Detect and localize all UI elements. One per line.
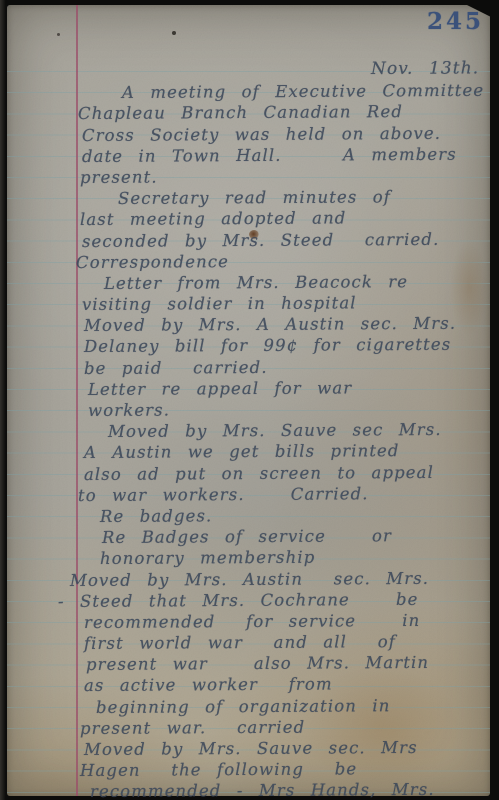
ledger-page: 245 Nov. 13th. A meeting of Executive Co… xyxy=(7,5,490,796)
speck xyxy=(172,31,176,35)
manuscript-line: - Steed that Mrs. Cochrane be xyxy=(7,587,490,608)
manuscript-line: Re badges. xyxy=(7,502,490,523)
manuscript-line: A Austin we get bills printed xyxy=(7,438,490,459)
manuscript-line: recommended for service in xyxy=(7,608,490,629)
manuscript-line-text: recommended - Mrs Hands, Mrs. xyxy=(90,780,435,800)
manuscript-line: beginning of organization in xyxy=(7,692,490,713)
date-text: Nov. 13th. xyxy=(371,59,479,80)
manuscript-line: Delaney bill for 99¢ for cigarettes xyxy=(7,332,490,353)
manuscript-line: recommended - Mrs Hands, Mrs. xyxy=(7,777,490,798)
manuscript-line: Chapleau Branch Canadian Red xyxy=(7,99,490,120)
speck xyxy=(57,33,60,36)
manuscript-line: Moved by Mrs. Sauve sec Mrs. xyxy=(7,417,490,438)
document-scan: 245 Nov. 13th. A meeting of Executive Co… xyxy=(0,0,499,800)
date-line: Nov. 13th. xyxy=(0,55,479,76)
manuscript-line: Cross Society was held on above. xyxy=(7,120,490,141)
manuscript-line: present war also Mrs. Martin xyxy=(7,650,490,671)
manuscript-line: Letter from Mrs. Beacock re xyxy=(7,269,490,290)
manuscript-line: be paid carried. xyxy=(7,353,490,374)
manuscript-lines: A meeting of Executive CommitteeChapleau… xyxy=(7,78,490,798)
manuscript-line: last meeting adopted and xyxy=(7,205,490,226)
manuscript-line: seconded by Mrs. Steed carried. xyxy=(7,226,490,247)
manuscript-line: to war workers. Carried. xyxy=(7,481,490,502)
manuscript-line: Hagen the following be xyxy=(7,756,490,777)
manuscript-line: as active worker from xyxy=(7,671,490,692)
manuscript-line: also ad put on screen to appeal xyxy=(7,459,490,480)
manuscript-line: Secretary read minutes of xyxy=(7,184,490,205)
manuscript-line: Moved by Mrs. Sauve sec. Mrs xyxy=(7,735,490,756)
manuscript-line: Letter re appeal for war xyxy=(7,375,490,396)
corner-shadow xyxy=(465,4,491,17)
manuscript-line: Moved by Mrs. Austin sec. Mrs. xyxy=(7,565,490,586)
manuscript-line: present. xyxy=(7,163,490,184)
manuscript-line: honorary membership xyxy=(7,544,490,565)
manuscript-line: visiting soldier in hospital xyxy=(7,290,490,311)
manuscript-line: A meeting of Executive Committee xyxy=(7,78,490,99)
manuscript-line: Moved by Mrs. A Austin sec. Mrs. xyxy=(7,311,490,332)
manuscript-line: Correspondence xyxy=(7,248,490,269)
manuscript-line: date in Town Hall. A members xyxy=(7,142,490,163)
manuscript-line: workers. xyxy=(7,396,490,417)
manuscript-line: Re Badges of service or xyxy=(7,523,490,544)
manuscript-line: first world war and all of xyxy=(7,629,490,650)
manuscript-line: present war. carried xyxy=(7,714,490,735)
